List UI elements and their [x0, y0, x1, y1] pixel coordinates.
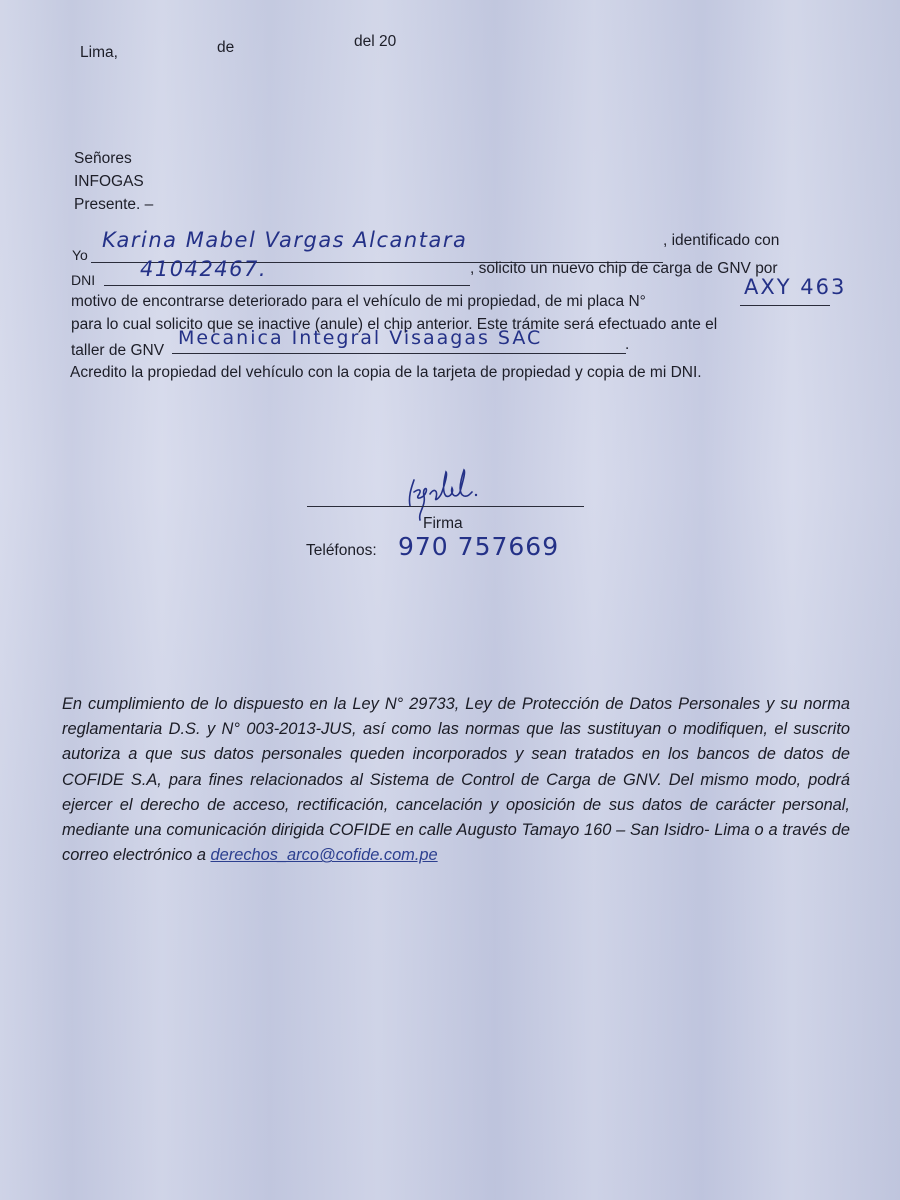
- email-link[interactable]: derechos_arco@cofide.com.pe: [211, 846, 438, 864]
- solicito-label: , solicito un nuevo chip de carga de GNV…: [470, 260, 778, 278]
- city-label: Lima,: [80, 44, 118, 62]
- addressee-line-2: INFOGAS: [74, 173, 144, 191]
- date-de-label: de: [217, 39, 234, 57]
- telefonos-label: Teléfonos:: [306, 542, 377, 560]
- placa-field[interactable]: AXY 463: [744, 275, 846, 299]
- dni-label: DNI: [71, 272, 95, 288]
- addressee-line-1: Señores: [74, 150, 132, 168]
- data-protection-notice: En cumplimiento de lo dispuesto en la Le…: [62, 692, 850, 868]
- taller-label: taller de GNV: [71, 342, 164, 360]
- telefono-field[interactable]: 970 757669: [398, 532, 559, 561]
- signature-line: [307, 506, 584, 507]
- taller-end-period: .: [625, 336, 629, 354]
- addressee-line-3: Presente. –: [74, 196, 153, 214]
- motivo-text: motivo de encontrarse deteriorado para e…: [71, 293, 646, 311]
- yo-label: Yo: [72, 247, 88, 263]
- date-year-label: del 20: [354, 33, 396, 51]
- firma-label: Firma: [423, 515, 463, 533]
- taller-field[interactable]: Mecanica Integral Visaagas SAC: [178, 327, 542, 349]
- acredito-text: Acredito la propiedad del vehículo con l…: [70, 364, 702, 382]
- name-field[interactable]: Karina Mabel Vargas Alcantara: [102, 228, 467, 252]
- dni-field[interactable]: 41042467.: [140, 257, 267, 281]
- legal-text: En cumplimiento de lo dispuesto en la Le…: [62, 695, 850, 864]
- signature-scribble: [400, 462, 490, 522]
- taller-underline: [172, 353, 626, 354]
- dni-underline: [104, 285, 470, 286]
- identificado-label: , identificado con: [663, 232, 779, 250]
- placa-underline: [740, 305, 830, 306]
